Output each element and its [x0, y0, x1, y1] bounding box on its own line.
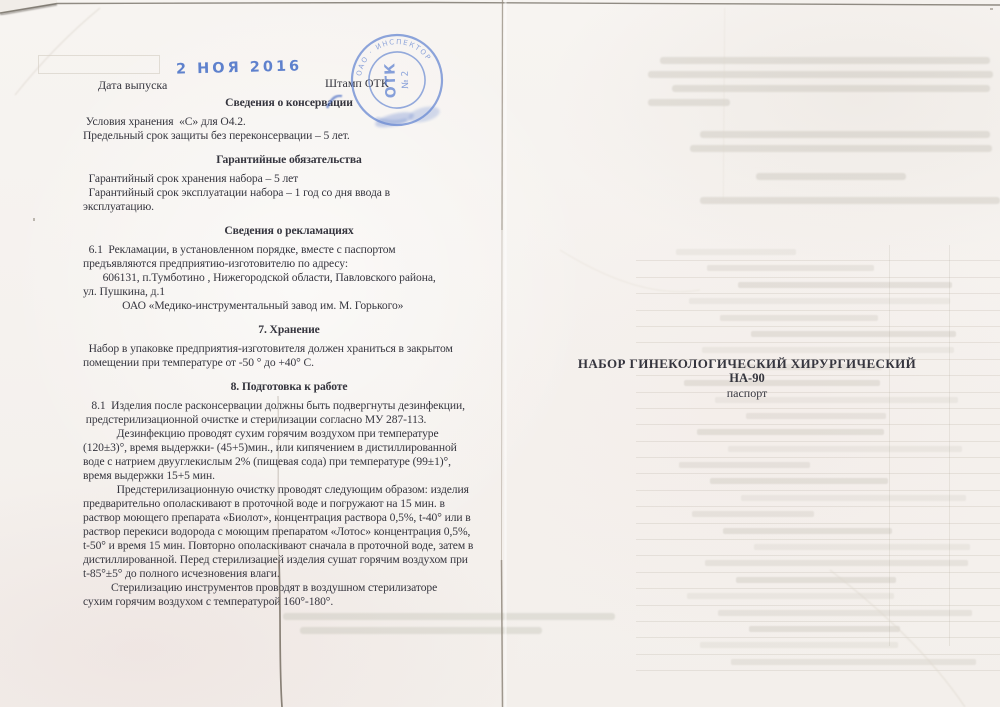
text-line: 606131, п.Тумботино , Нижегородской обла… — [83, 271, 495, 285]
bleedthrough-smudge — [749, 626, 900, 632]
page-corner — [0, 0, 57, 13]
bleedthrough-row — [636, 524, 1000, 540]
bleedthrough-row — [636, 556, 1000, 572]
bleedthrough-row — [636, 655, 1000, 671]
section-heading: Сведения о рекламациях — [83, 224, 495, 238]
text-line: Дезинфекцию проводят сухим горячим возду… — [83, 427, 495, 441]
text-line: (120±3)°, время выдержки- (45+5)мин., ил… — [83, 441, 495, 455]
bleedthrough-smudge — [723, 528, 892, 534]
bleedthrough-smudge — [689, 298, 950, 304]
bleedthrough-smudge — [731, 659, 976, 665]
bleedthrough-row — [636, 589, 1000, 605]
bleedthrough-smudge — [741, 495, 966, 501]
bleedthrough-row — [636, 311, 1000, 327]
issue-date-label: Дата выпуска — [98, 78, 167, 93]
bleedthrough-text-line — [690, 145, 992, 152]
text-line: предварительно ополаскивают в проточной … — [83, 497, 495, 511]
bleedthrough-smudge — [718, 610, 972, 616]
bleedthrough-smudge — [738, 282, 952, 288]
text-line: воде с натрием двууглекислым 2% (пищевая… — [83, 455, 495, 469]
text-line: предъявляются предприятию-изготовителю п… — [83, 257, 495, 271]
bleedthrough-text-line — [648, 71, 993, 78]
right-page-title-block: НАБОР ГИНЕКОЛОГИЧЕСКИЙ ХИРУРГИЧЕСКИЙ НА-… — [557, 356, 937, 400]
scanned-document-page: Дата выпуска Штамп ОТК 2 НОЯ 2016 ОАО · … — [0, 0, 1000, 707]
bleedthrough-text-line — [700, 131, 990, 138]
bleedthrough-row — [636, 606, 1000, 622]
otk-round-stamp: ОАО · ИНСПЕКТОР ОТК № 2 — [337, 20, 457, 140]
bleedthrough-smudge — [700, 642, 898, 648]
bleedthrough-row — [636, 409, 1000, 425]
bleedthrough-row — [636, 425, 1000, 441]
bleedthrough-text-line — [648, 99, 730, 106]
text-line: Набор в упаковке предприятия-изготовител… — [83, 342, 495, 356]
ink-speck — [33, 218, 35, 221]
bleedthrough-smudge — [746, 413, 886, 419]
left-page-lines: Сведения о консервации Условия хранения … — [83, 96, 495, 609]
bleedthrough-smudge — [751, 331, 956, 337]
text-line: предстерилизационной очистке и стерилиза… — [83, 413, 495, 427]
bleedthrough-smudge — [728, 446, 962, 452]
stamp-ink-smudges — [374, 103, 442, 134]
text-line: сухим горячим воздухом с температурой 16… — [83, 595, 495, 609]
section-heading: Гарантийные обязательства — [83, 153, 495, 167]
bleedthrough-box — [38, 55, 160, 74]
page-top-edge — [0, 3, 1000, 14]
bleedthrough-row — [636, 294, 1000, 310]
document-model: НА-90 — [557, 371, 937, 386]
bleedthrough-row — [636, 327, 1000, 343]
bleedthrough-text-line — [300, 627, 542, 634]
text-line: t-85°±5° до полного исчезновения влаги. — [83, 567, 495, 581]
section-heading: 8. Подготовка к работе — [83, 380, 495, 394]
text-line: помещении при температуре от -50 ° до +4… — [83, 356, 495, 370]
bleedthrough-row — [636, 474, 1000, 490]
bleedthrough-row — [636, 622, 1000, 638]
text-line: Гарантийный срок хранения набора – 5 лет — [83, 172, 495, 186]
bleedthrough-table — [636, 245, 1000, 646]
bleedthrough-text-line — [660, 57, 990, 64]
bleedthrough-smudge — [692, 511, 814, 517]
bleedthrough-smudge — [687, 593, 894, 599]
document-subtitle: паспорт — [557, 386, 937, 400]
bleedthrough-row — [636, 573, 1000, 589]
text-line: дистиллированной. Перед стерилизацией из… — [83, 553, 495, 567]
text-line: Стерилизацию инструментов проводят в воз… — [83, 581, 495, 595]
center-fold — [502, 0, 503, 230]
text-line: ОАО «Медико-инструментальный завод им. М… — [83, 299, 495, 313]
section-heading: 7. Хранение — [83, 323, 495, 337]
bleedthrough-smudge — [702, 347, 954, 353]
stamp-center-number: № 2 — [401, 71, 412, 89]
text-line: 6.1 Рекламации, в установленном порядке,… — [83, 243, 495, 257]
bleedthrough-smudge — [697, 429, 884, 435]
text-line: 8.1 Изделия после расконсервации должны … — [83, 399, 495, 413]
text-line: время выдержки 15+5 мин. — [83, 469, 495, 483]
text-line: эксплуатацию. — [83, 200, 495, 214]
bleedthrough-smudge — [720, 315, 878, 321]
bleedthrough-row — [636, 261, 1000, 277]
bleedthrough-text-line — [283, 613, 615, 620]
stamp-center-text: ОТК — [382, 62, 399, 98]
bleedthrough-smudge — [707, 265, 874, 271]
bleedthrough-smudge — [679, 462, 810, 468]
bleedthrough-row — [636, 540, 1000, 556]
bleedthrough-row — [636, 507, 1000, 523]
bleedthrough-row — [636, 638, 1000, 654]
text-line: t-50° и время 15 мин. Повторно ополаскив… — [83, 539, 495, 553]
bleedthrough-row — [636, 491, 1000, 507]
text-line: ул. Пушкина, д.1 — [83, 285, 495, 299]
bleedthrough-smudge — [676, 249, 796, 255]
bleedthrough-row — [636, 278, 1000, 294]
bleedthrough-text-line — [672, 85, 990, 92]
text-line: Гарантийный срок эксплуатации набора – 1… — [83, 186, 495, 200]
bleedthrough-text-line — [756, 173, 906, 180]
bleedthrough-smudge — [705, 560, 968, 566]
bleedthrough-smudge — [710, 478, 888, 484]
bleedthrough-row — [636, 245, 1000, 261]
date-ink-stamp: 2 НОЯ 2016 — [176, 58, 303, 77]
bleedthrough-text-line — [700, 197, 1000, 204]
bleedthrough-smudge — [736, 577, 896, 583]
document-title: НАБОР ГИНЕКОЛОГИЧЕСКИЙ ХИРУРГИЧЕСКИЙ — [557, 356, 937, 371]
text-line: Предстерилизационную очистку проводят сл… — [83, 483, 495, 497]
bleedthrough-smudge — [754, 544, 970, 550]
bleedthrough-row — [636, 442, 1000, 458]
text-line: раствор моющего препарата «Биолот», конц… — [83, 511, 495, 525]
bleedthrough-row — [636, 458, 1000, 474]
ink-speck — [990, 8, 993, 10]
text-line: раствор перекиси водорода с моющим препа… — [83, 525, 495, 539]
